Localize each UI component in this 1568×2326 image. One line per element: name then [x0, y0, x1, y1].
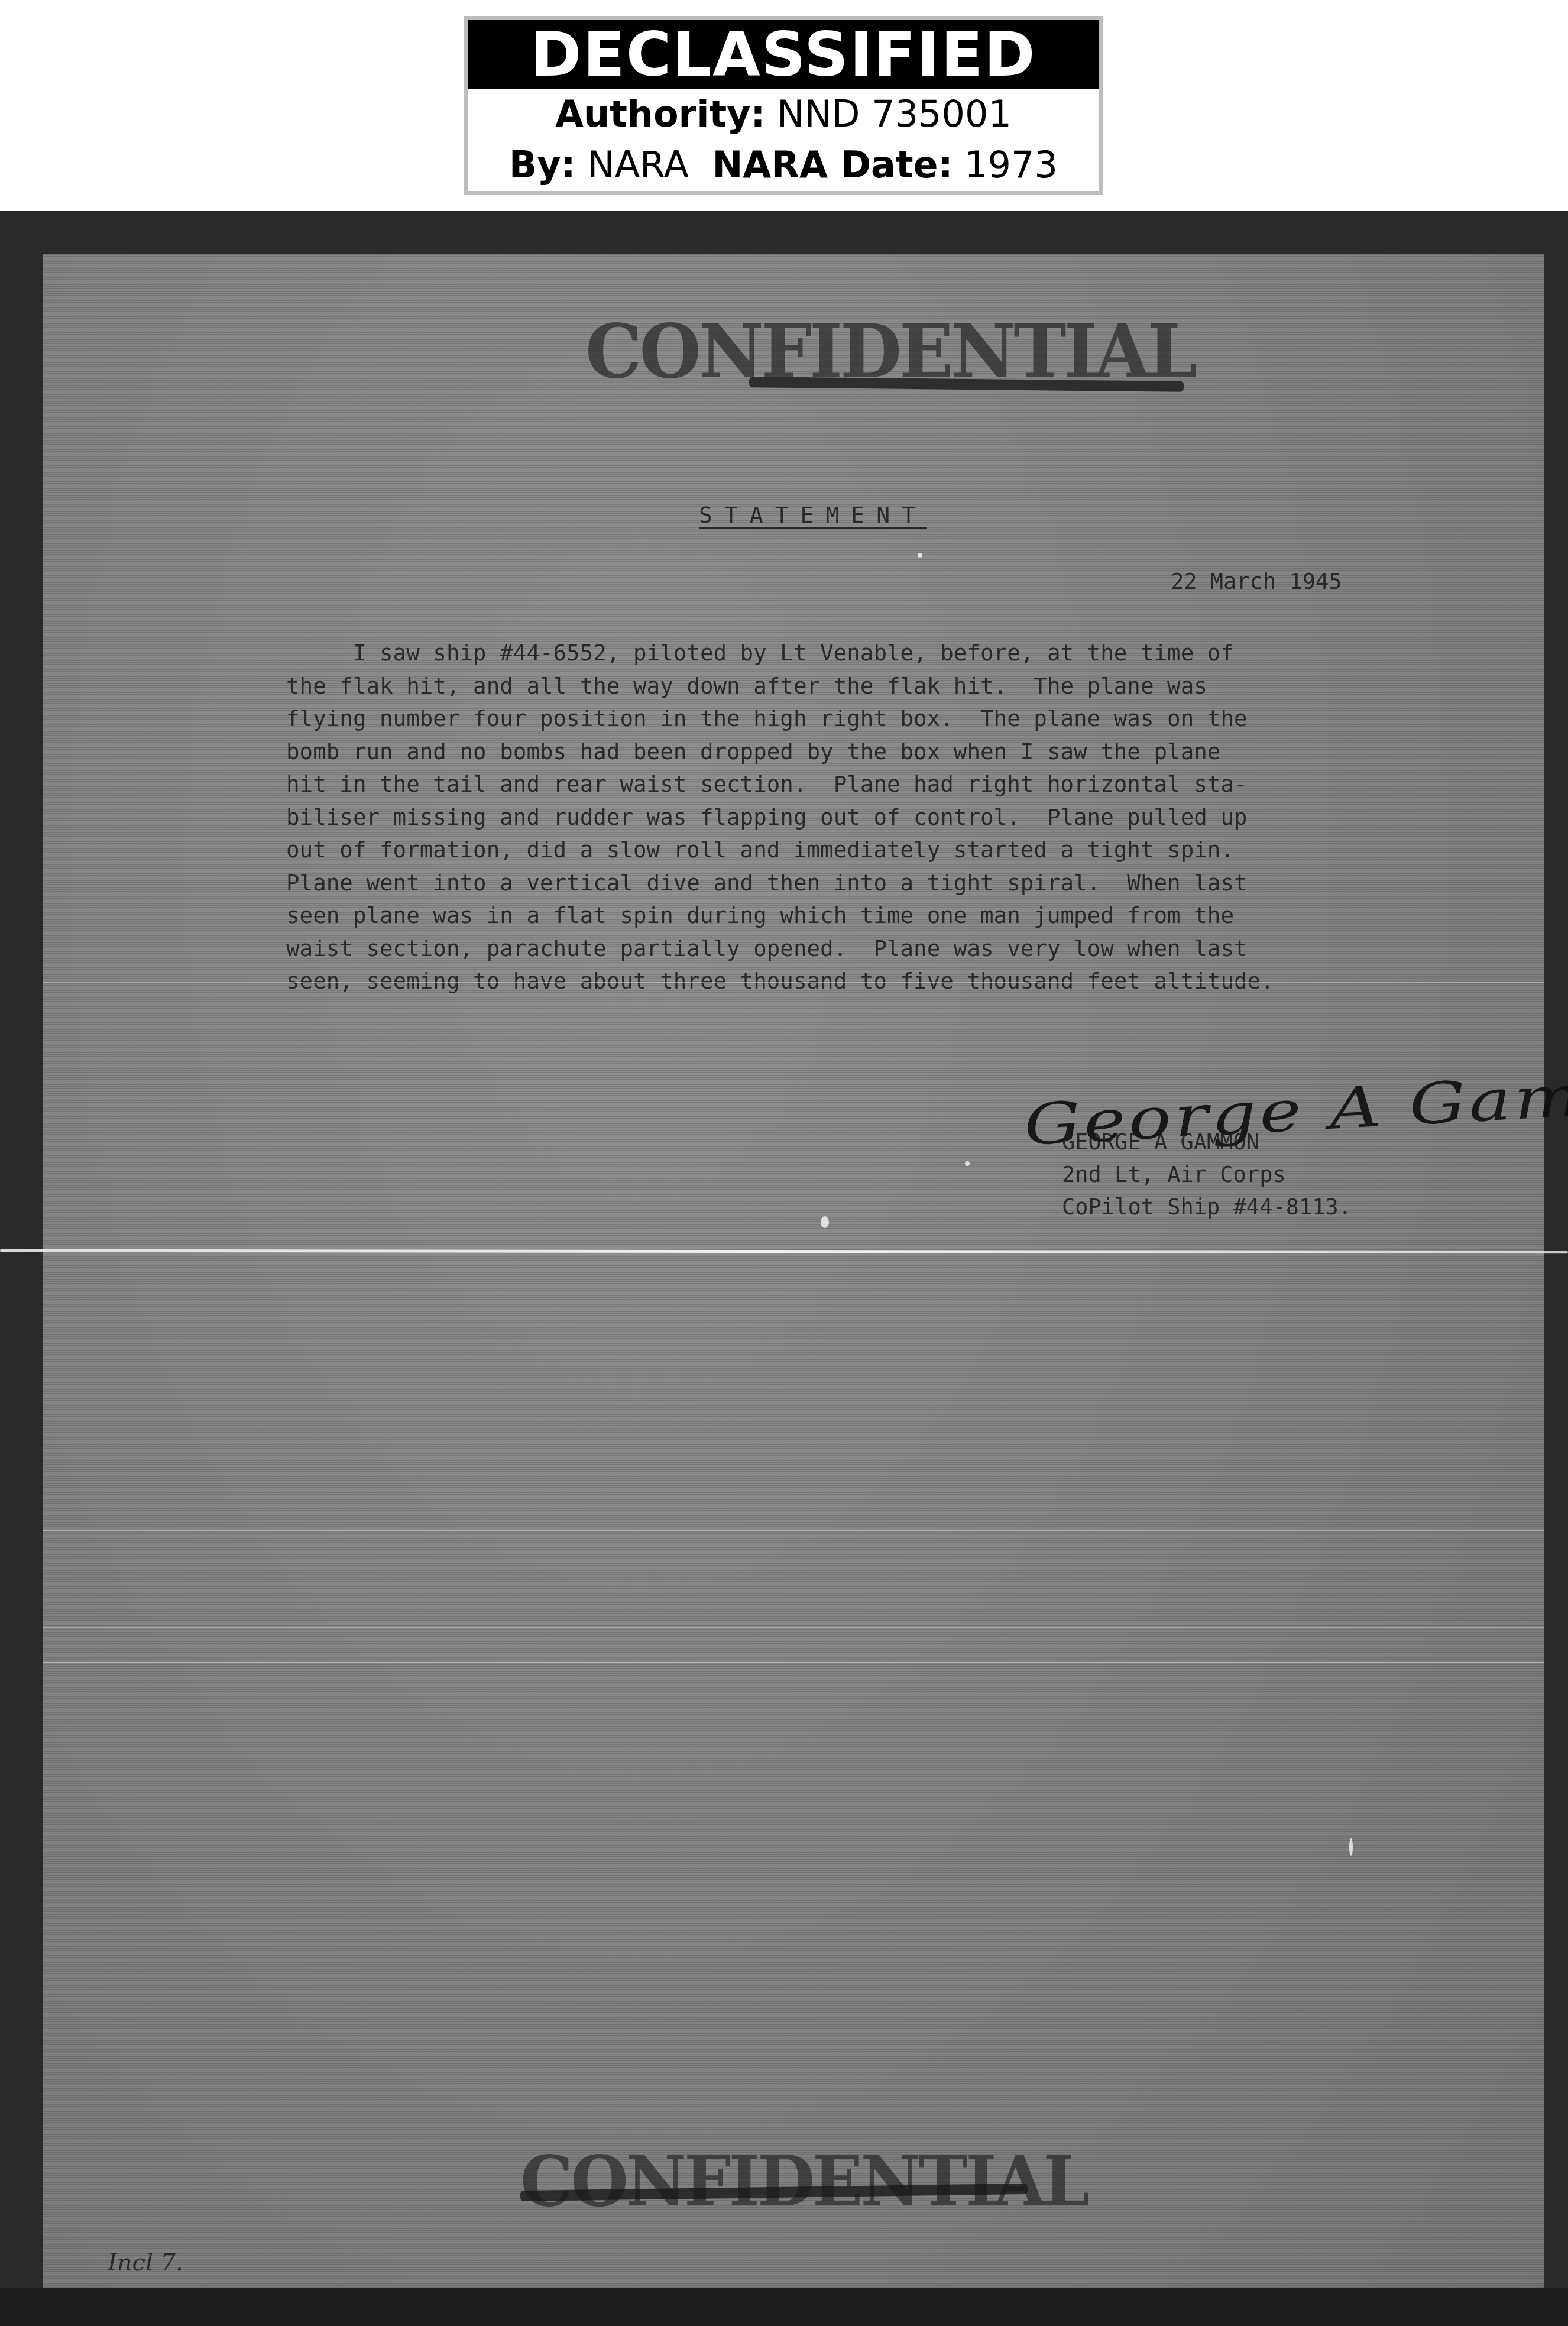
body-line: flying number four position in the high … [286, 702, 1457, 736]
scan-speck [965, 1161, 970, 1166]
by-label: By: [509, 143, 575, 186]
scan-scratch [43, 982, 1544, 983]
scan-speck [918, 553, 922, 558]
classification-stamp-bottom: CONFIDENTIAL [520, 2141, 1087, 2223]
stamp-title: DECLASSIFIED [468, 20, 1099, 89]
body-line: hit in the tail and rear waist section. … [286, 768, 1457, 801]
stamp-authority: Authority: NND 735001 [468, 89, 1099, 140]
scan-bottom-border [0, 2288, 1568, 2326]
authority-value: NND 735001 [777, 92, 1012, 135]
scan-scratch [43, 1662, 1544, 1663]
scanned-page: CONFIDENTIAL STATEMENT 22 March 1945 I s… [0, 211, 1568, 2326]
signer-role: CoPilot Ship #44-8113. [1062, 1194, 1352, 1220]
authority-label: Authority: [555, 92, 765, 135]
scan-speck [821, 1216, 829, 1228]
signature-block: GEORGE A GAMMON 2nd Lt, Air Corps CoPilo… [1062, 1126, 1352, 1223]
scan-speck [1349, 1838, 1353, 1856]
by-value: NARA [587, 143, 689, 186]
body-line: I saw ship #44-6552, piloted by Lt Venab… [286, 637, 1457, 670]
scan-scratch [43, 1627, 1544, 1628]
body-line: waist section, parachute partially opene… [286, 932, 1457, 966]
body-line: bomb run and no bombs had been dropped b… [286, 736, 1457, 769]
body-line: seen, seeming to have about three thousa… [286, 965, 1457, 998]
date-label: NARA Date: [712, 143, 953, 186]
body-line: out of formation, did a slow roll and im… [286, 834, 1457, 867]
stamp-by-date: By: NARA NARA Date: 1973 [468, 140, 1099, 190]
signer-name: GEORGE A GAMMON [1062, 1129, 1259, 1155]
body-line: the flak hit, and all the way down after… [286, 670, 1457, 703]
signer-rank: 2nd Lt, Air Corps [1062, 1162, 1286, 1187]
body-line: biliser missing and rudder was flapping … [286, 801, 1457, 834]
document-date: 22 March 1945 [1171, 569, 1342, 594]
date-value: 1973 [964, 143, 1058, 186]
declassified-stamp: DECLASSIFIED Authority: NND 735001 By: N… [464, 16, 1103, 195]
scan-scratch [43, 1530, 1544, 1531]
body-line: seen plane was in a flat spin during whi… [286, 899, 1457, 932]
statement-body: I saw ship #44-6552, piloted by Lt Venab… [286, 637, 1457, 998]
paper-sheet: CONFIDENTIAL STATEMENT 22 March 1945 I s… [43, 254, 1544, 2288]
document-title: STATEMENT [699, 502, 927, 528]
body-line: Plane went into a vertical dive and then… [286, 867, 1457, 900]
handwritten-note: Incl 7. [108, 2249, 183, 2276]
